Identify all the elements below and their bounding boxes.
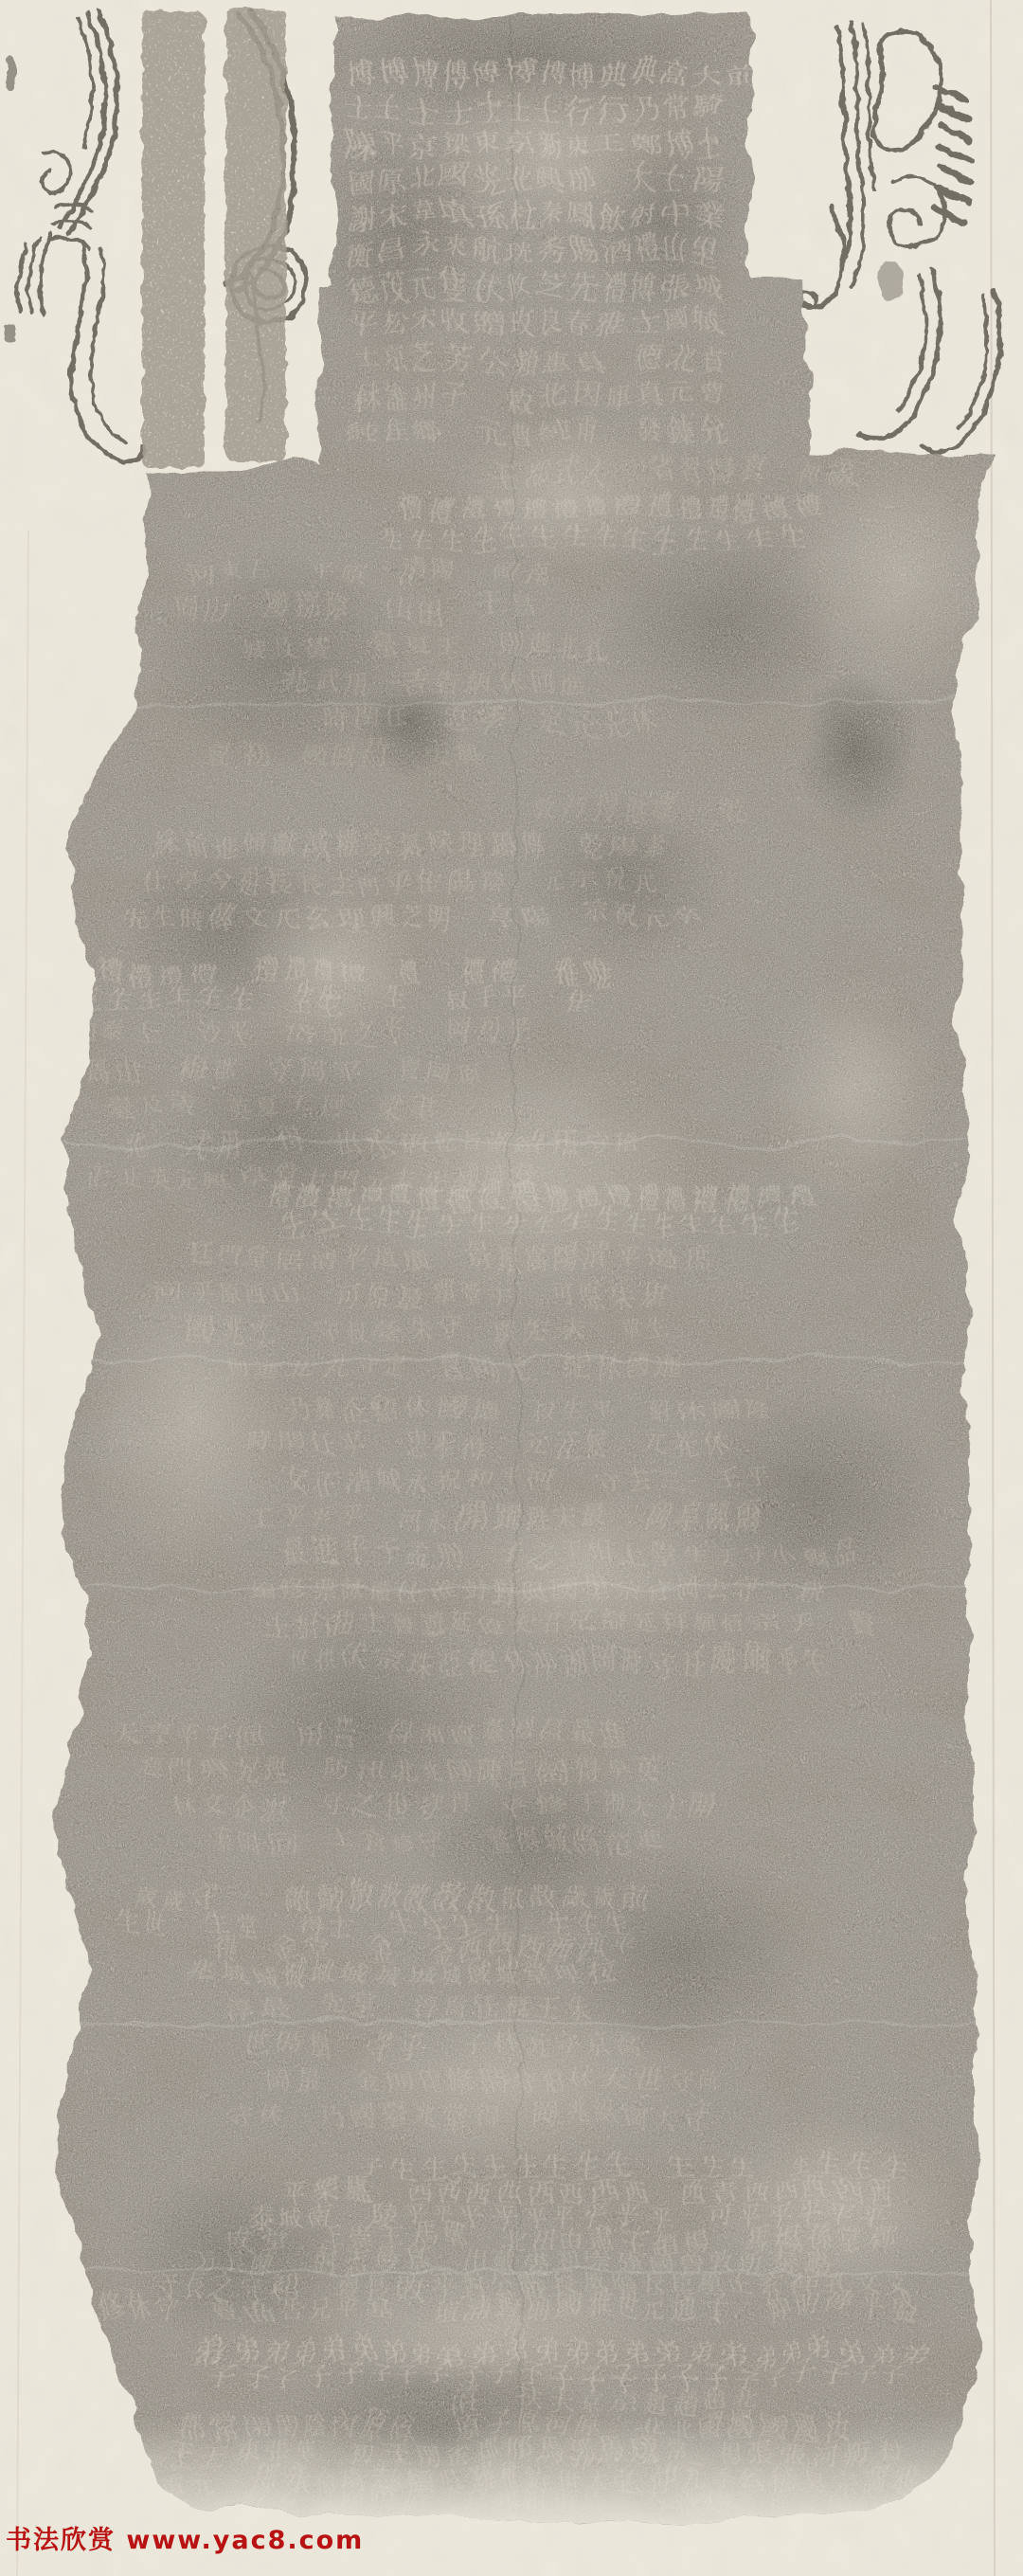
rubbing-character-row: 岡最 金開佳修時守伯林大世守尚 [265,2067,720,2097]
rubbing-character-row: 時閏任 忠季 定元光休 [322,705,655,734]
rubbing-character-row: 生生生生生生 生生 生 叔手平 隹 [76,985,591,1015]
ink-stripe-right [225,9,286,460]
rubbing-character-row: 敦乃得湛臺 乾 [530,796,743,825]
rubbing-character-row: 河平原西山 可原最單堂干 可原朱堪 [152,1281,667,1310]
rubbing-character-row: 廷門堂居清平道廣 景振嵩陽清平道庶 [189,1245,705,1274]
ink-stripe-left [142,11,205,468]
rubbing-character-row: 先生時傳文元玄理興芝明 亭陽 宗祝元卒 [123,904,699,933]
watermark-text: 书法欣赏 www.yac8.com [6,2526,364,2555]
rubbing-character-row: 則進北礼守定 亶岡元 紀休國進 [227,1353,682,1382]
rubbing-character-row: 生生生生生生生生生生生生生生生生生 [284,1209,799,1238]
rubbing-character-row: 工平乎平 河永開躍陛宋最 岡阜陳爾 [246,1504,762,1533]
ink-blot [877,260,904,301]
stele-rubbing-page: 博博博傅博博博博典典高大前士士士士士士士行行乃常騎陳平京梁東京新東王鄭博士國原北… [0,0,1023,2576]
rubbing-character-row: 最進乎子孟刑 子之干相上堂生王守小爾品 [284,1540,860,1569]
rubbing-character-row: 泰岡回 士官修守 亶得城尚范進 [208,1828,663,1858]
rubbing-character-row: 仕亭今祖長長去門乎隹陽陰 元宗祝元 [142,868,657,897]
rubbing-character-row: 惡門典兄理 防汛北兆回陳旨岡得阜英 [142,1756,657,1786]
rubbing-character-row: 編修票詠權杜淮尌對與國里宗官岡去守 耕 [246,1576,822,1605]
rubbing-character-row: 亶初 國回乃 安興 [208,741,483,770]
stele-rubbing-image: 博博博傅博博博博典典高大前士士士士士士士行行乃常騎陳平京梁東京新東王鄭博士國原北… [0,0,1023,2576]
rubbing-character-row: 禮禮禮禮 禮禮禮禮 禮 禮禮 雅唯 [95,959,610,988]
rubbing-character-row: 河泰上 沙平 岱北之平 岡可平 [76,1019,530,1049]
rubbing-character-row: 綵前進傾獻減權宗氣候理鎮傳 乾陽素 [152,832,667,861]
rubbing-character-row: 臺及歲 英夏王回 梁聿 [104,1093,438,1123]
rubbing-character-row: 天亨平王回 用告 得湘亶臺回昌最進 [114,1720,629,1750]
rubbing-character-row: 兆 式用 得 出永敗乾旨湖鎮瓜守稽 [123,1129,638,1159]
